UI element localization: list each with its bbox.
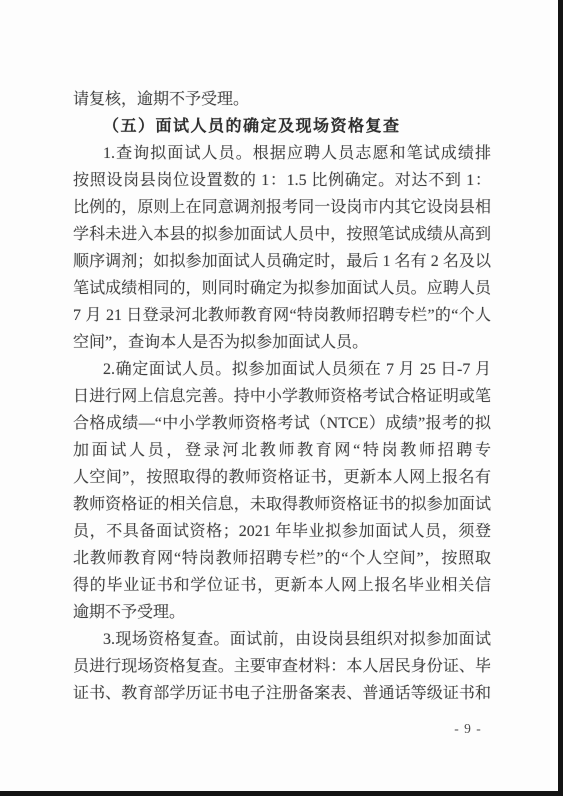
body-line: 学科未进入本县的拟参加面试人员中，按照笔试成绩从高到低 (73, 221, 491, 248)
page-number: - 9 - (443, 720, 493, 738)
body-line: 得的毕业证书和学位证书，更新本人网上报名毕业相关信息。 (73, 572, 491, 599)
body-line: 3.现场资格复查。面试前，由设岗县组织对拟参加面试人 (73, 626, 491, 653)
text-block: 请复核，逾期不予受理。 （五）面试人员的确定及现场资格复查 1.查询拟面试人员。… (73, 86, 491, 707)
body-line: 按照设岗县岗位设置数的 1：1.5 比例确定。对达不到 1：1.5 (73, 167, 491, 194)
body-line: 1.查询拟面试人员。根据应聘人员志愿和笔试成绩排序， (73, 140, 491, 167)
body-line: 笔试成绩相同的，则同时确定为拟参加面试人员。应聘人员于 (73, 275, 491, 302)
body-line: 逾期不予受理。 (73, 599, 491, 626)
body-line: 请复核，逾期不予受理。 (73, 86, 491, 113)
body-line: 比例的，原则上在同意调剂报考同一设岗市内其它设岗县相同 (73, 194, 491, 221)
body-line: 员进行现场资格复查。主要审查材料：本人居民身份证、毕业 (73, 653, 491, 680)
body-line: 日进行网上信息完善。持中小学教师资格考试合格证明或笔试 (73, 383, 491, 410)
body-line: 证书、教育部学历证书电子注册备案表、普通话等级证书和教 (73, 680, 491, 707)
document-page: 请复核，逾期不予受理。 （五）面试人员的确定及现场资格复查 1.查询拟面试人员。… (0, 0, 563, 796)
body-line: 顺序调剂；如拟参加面试人员确定时，最后 1 名有 2 名及以上 (73, 248, 491, 275)
body-line: 7 月 21 日登录河北教师教育网“特岗教师招聘专栏”的“个人 (73, 302, 491, 329)
body-line: 2.确定面试人员。拟参加面试人员须在 7 月 25 日-7 月 27 (73, 356, 491, 383)
body-line: 员，不具备面试资格；2021 年毕业拟参加面试人员，须登录河 (73, 518, 491, 545)
body-line: 北教师教育网“特岗教师招聘专栏”的“个人空间”，按照取 (73, 545, 491, 572)
body-line: 教师资格证的相关信息，未取得教师资格证书的拟参加面试人 (73, 491, 491, 518)
body-line: 空间”，查询本人是否为拟参加面试人员。 (73, 329, 491, 356)
body-line: 合格成绩—“中小学教师资格考试（NTCE）成绩”报考的拟参 (73, 410, 491, 437)
scan-edge-bottom (0, 791, 563, 796)
scan-edge-right (558, 0, 563, 796)
body-line: 加面试人员，登录河北教师教育网“特岗教师招聘专栏”的“个 (73, 437, 491, 464)
section-heading: （五）面试人员的确定及现场资格复查 (73, 113, 491, 140)
body-line: 人空间”，按照取得的教师资格证书，更新本人网上报名有关 (73, 464, 491, 491)
